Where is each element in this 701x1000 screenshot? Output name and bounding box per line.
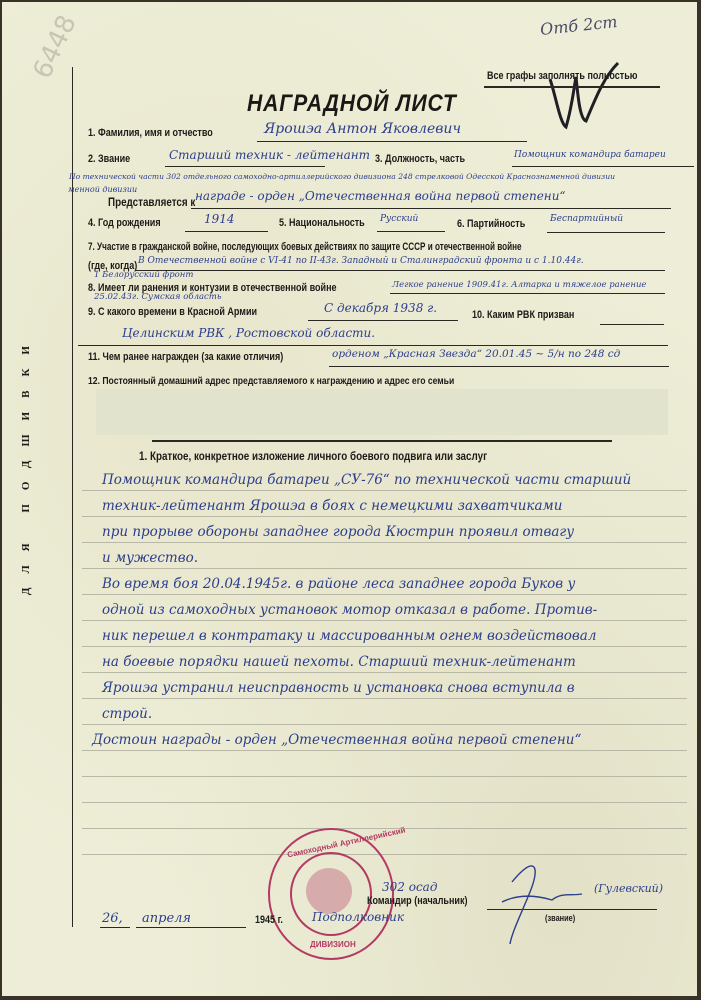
field-7-label-line1: 7. Участие в гражданской войне, последую… — [88, 241, 522, 253]
signature-scrawl-icon — [482, 852, 592, 952]
date-day-underline — [100, 927, 130, 928]
field-6-value: Беспартийный — [550, 214, 623, 224]
narrative-line-9: Ярошэа устранил неисправность и установк… — [102, 680, 575, 696]
field-1-value: Ярошэа Антон Яковлевич — [264, 121, 461, 137]
field-10-label: 10. Каким РВК призван — [472, 309, 574, 321]
narrative-line-4: и мужество. — [102, 550, 198, 566]
narrative-line-11: Достоин награды - орден „Отечественная в… — [92, 732, 581, 748]
side-label-text: ДЛЯ ПОДШИВКИ — [20, 332, 32, 802]
ruled-line — [82, 724, 687, 725]
field-9-underline — [308, 320, 458, 321]
narrative-line-8: на боевые порядки нашей пехоты. Старший … — [102, 654, 576, 670]
field-11-label: 11. Чем ранее награжден (за какие отличи… — [88, 351, 283, 363]
ruled-line — [82, 516, 687, 517]
ruled-line — [82, 698, 687, 699]
ruled-line — [82, 750, 687, 751]
header-note: Все графы заполнять полностью — [487, 70, 637, 82]
field-4-underline — [185, 231, 268, 232]
ruled-line — [82, 594, 687, 595]
ruled-line — [82, 620, 687, 621]
narrative-line-2: техник-лейтенант Ярошэа в боях с немецки… — [102, 498, 562, 514]
field-10-underline-b — [78, 345, 668, 346]
field-5-value: Русский — [380, 214, 418, 224]
commander-name: (Гулевский) — [594, 882, 663, 895]
field-8-value-line2: 25.02.43г. Сумская область — [94, 292, 222, 302]
stamp-text-bottom: ДИВИЗИОН — [310, 940, 356, 949]
ruled-line — [82, 646, 687, 647]
field-3-value-line2: По технической части 302 отдельного само… — [69, 172, 615, 181]
field-2-label: 2. Звание — [88, 153, 130, 165]
pencil-archive-number: 6448 — [28, 11, 83, 84]
narrative-line-1: Помощник командира батареи „СУ-76“ по те… — [102, 472, 631, 488]
field-9-value: С декабря 1938 г. — [324, 301, 437, 315]
field-7-value-line1: В Отечественной войне с VI-41 по II-43г.… — [138, 256, 584, 266]
ruled-line — [82, 568, 687, 569]
ruled-line — [82, 776, 687, 777]
narrative-line-3: при прорыве обороны западнее города Кюст… — [102, 524, 574, 540]
date-year: 1945 г. — [255, 914, 283, 926]
field-10-value: Целинским РВК , Ростовской области. — [122, 326, 375, 340]
field-11-value: орденом „Красная Звезда“ 20.01.45 ~ 5/н … — [332, 348, 620, 360]
header-note-underline — [484, 86, 660, 88]
field-7-value-line2: 1 Белорусский фронт — [94, 270, 193, 280]
commander-label: Командир (начальник) — [367, 895, 467, 907]
section-1-heading: 1. Краткое, конкретное изложение личного… — [139, 449, 487, 463]
field-9-label: 9. С какого времени в Красной Армии — [88, 306, 257, 318]
field-6-underline — [547, 232, 665, 233]
date-month: апреля — [142, 911, 191, 926]
field-3-underline — [512, 166, 694, 167]
field-5-label: 5. Национальность — [279, 217, 365, 229]
field-10-underline-a — [600, 324, 664, 325]
field-3-value-line3: менной дивизии — [68, 185, 137, 194]
field-5-underline — [377, 231, 445, 232]
ruled-line — [82, 490, 687, 491]
narrative-line-6: одной из самоходных установок мотор отка… — [102, 602, 597, 618]
presented-underline — [191, 208, 671, 209]
presented-value: награде - орден „Отечественная война пер… — [195, 189, 566, 203]
field-4-label: 4. Год рождения — [88, 217, 161, 229]
award-sheet-page: 6448 Отб 2ст ДЛЯ ПОДШИВКИ Все графы запо… — [2, 2, 697, 996]
field-8-value-line1: Легкое ранение 1909.41г. Алтарка и тяжел… — [392, 280, 646, 290]
soviet-emblem-icon — [306, 868, 352, 914]
narrative-line-5: Во время боя 20.04.1945г. в районе леса … — [102, 576, 575, 592]
redacted-address-block — [96, 389, 668, 435]
field-2-underline — [165, 166, 325, 167]
field-2-value: Старший техник - лейтенант — [169, 148, 370, 162]
section-divider — [152, 440, 612, 442]
narrative-line-7: ник перешел в контратаку и массированным… — [102, 628, 596, 644]
field-4-value: 1914 — [204, 212, 235, 226]
ruled-line — [82, 802, 687, 803]
date-day: 26, — [102, 911, 123, 926]
margin-line — [72, 67, 73, 927]
check-mark-icon — [542, 57, 622, 137]
commander-rank: Подполковник — [312, 910, 404, 924]
field-6-label: 6. Партийность — [457, 218, 525, 230]
unit-value: 302 осад — [382, 880, 437, 894]
narrative-line-10: строй. — [102, 706, 152, 722]
ruled-line — [82, 542, 687, 543]
official-stamp: Самоходный Артиллерийский ДИВИЗИОН — [268, 828, 394, 960]
side-label: ДЛЯ ПОДШИВКИ — [20, 332, 40, 802]
field-12-label: 12. Постоянный домашний адрес представля… — [88, 375, 454, 387]
field-1-underline — [257, 141, 527, 142]
ruled-line — [82, 672, 687, 673]
field-8-underline — [390, 293, 665, 294]
date-month-underline — [136, 927, 246, 928]
field-7-underline — [135, 270, 665, 271]
field-3-label: 3. Должность, часть — [375, 153, 465, 165]
ruled-line — [82, 854, 687, 855]
page-title: НАГРАДНОЙ ЛИСТ — [247, 90, 457, 118]
presented-label: Представляется к — [108, 195, 195, 209]
field-3-value-line1: Помощник командира батареи — [514, 150, 666, 160]
field-11-underline — [329, 366, 669, 367]
pencil-note-top-right: Отб 2ст — [539, 12, 618, 39]
field-1-label: 1. Фамилия, имя и отчество — [88, 127, 213, 139]
